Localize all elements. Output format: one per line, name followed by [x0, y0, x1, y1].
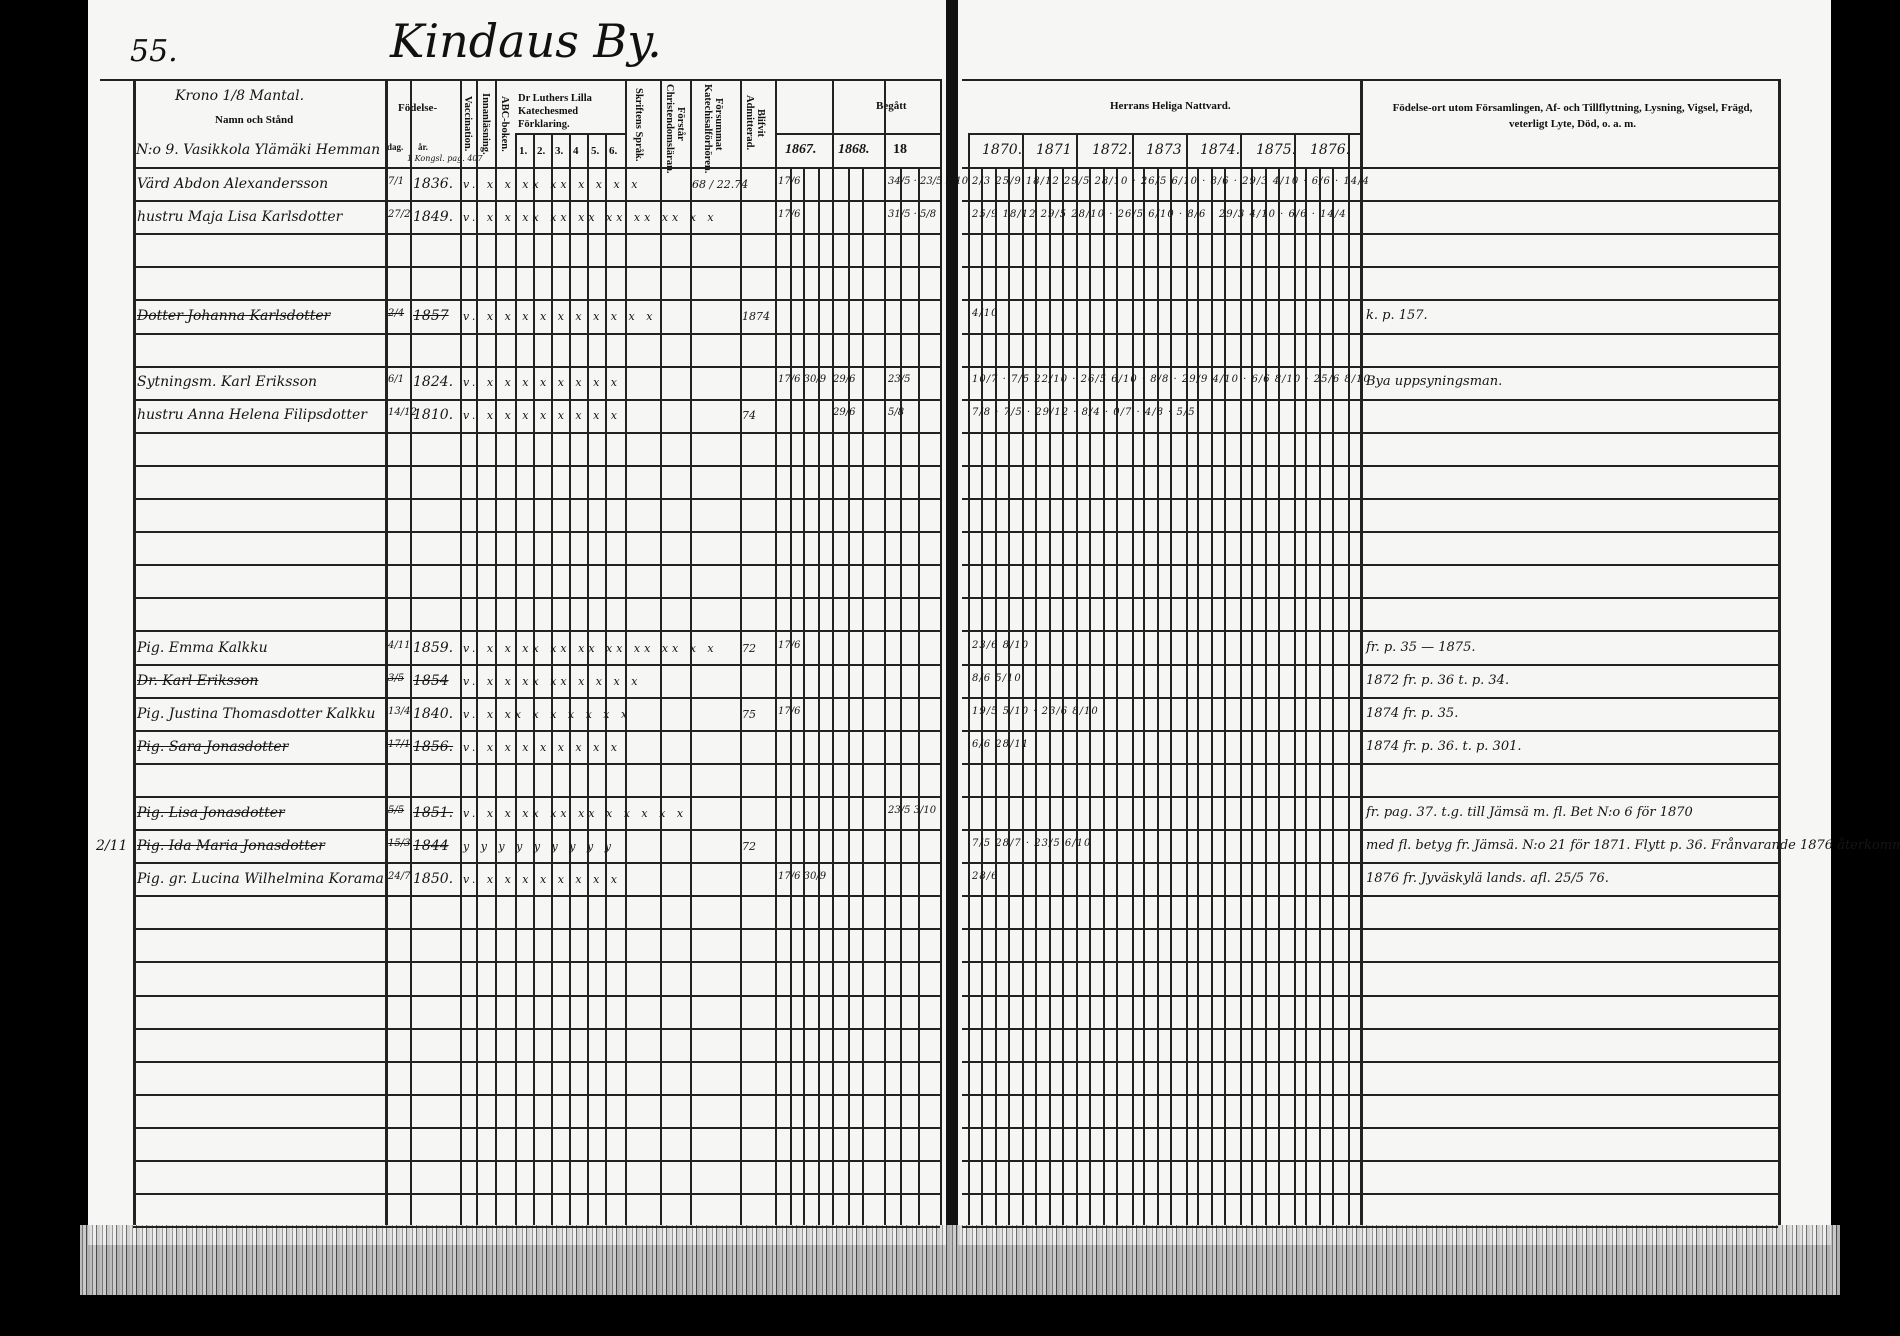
missed-or-admitted: 74 [742, 409, 756, 422]
grid-vline-left [775, 79, 777, 1225]
birth-day: 13/4 [388, 706, 410, 717]
begatt-year-1868: 1868. [838, 142, 870, 158]
grid-row-line-right [962, 531, 1778, 533]
grid-vline-right [1778, 79, 1781, 1225]
begatt-entry: 31/5 · 5/8 [888, 209, 936, 220]
grid-subline-begatt [918, 167, 920, 1225]
remark-text: 1872 fr. p. 36 t. p. 34. [1366, 673, 1509, 688]
grid-row-line-right [962, 366, 1778, 368]
grid-subline-communion [1278, 167, 1280, 1225]
grid-row-line-left [133, 399, 940, 401]
examination-marks: v. x x xx xx xx x x x x x [463, 807, 687, 820]
grid-row-line-right [962, 630, 1778, 632]
grid-subline-communion [1332, 167, 1334, 1225]
top-rule-right [962, 79, 1780, 81]
begatt-year-blank: 18 [893, 142, 907, 158]
grid-row-line-left [133, 1193, 940, 1195]
grid-subline-communion [981, 167, 983, 1225]
grid-row-line-left [133, 895, 940, 897]
birth-day: 17/1 [388, 739, 410, 750]
grid-row-line-left [133, 664, 940, 666]
birth-year: 1850. [413, 871, 453, 887]
grid-row-line-left [133, 1160, 940, 1162]
grid-subline-communion [1049, 167, 1051, 1225]
person-name: Pig. Justina Thomasdotter Kalkku [137, 706, 375, 722]
begatt-entry: 17/6 [778, 209, 800, 220]
examination-marks: v. x x xx xx x x x x [463, 178, 641, 191]
grid-row-line-left [133, 995, 940, 997]
communion-entries: 7/5 28/7 · 23/5 6/10 [972, 838, 1091, 849]
grid-vline-left [385, 79, 388, 1225]
grid-row-line-left [133, 366, 940, 368]
grid-subline-begatt [900, 167, 902, 1225]
communion-year-1876: 1876. [1310, 142, 1350, 158]
grid-subline-communion [1211, 167, 1213, 1225]
grid-row-line-right [962, 1226, 1778, 1228]
grid-row-line-left [133, 531, 940, 533]
grid-row-line-right [962, 266, 1778, 268]
grid-vline-left [940, 79, 942, 1225]
communion-entries: 7/8 · 7/5 · 29/12 · 8/4 · 0/7 · 4/8 · 5/… [972, 407, 1196, 418]
grid-row-line-right [962, 299, 1778, 301]
begatt-entry: 17/6 30/9 [778, 374, 826, 385]
grid-row-line-right [962, 465, 1778, 467]
birth-day: 7/1 [388, 176, 404, 187]
top-rule-left [100, 79, 940, 81]
birth-day: 27/2 [388, 209, 410, 220]
remark-text: 1876 fr. Jyväskylä lands. afl. 25/5 76. [1366, 871, 1609, 886]
begatt-entry: 5/8 [888, 407, 904, 418]
communion-entries: 25/9 18/12 29/5 28/10 · 26/5 6/10 · 8/6 … [972, 209, 1347, 220]
grid-row-line-left [133, 597, 940, 599]
grid-row-line-right [962, 564, 1778, 566]
grid-subline-begatt [862, 167, 864, 1225]
grid-vline-left [884, 79, 886, 1225]
birth-year: 1824. [413, 374, 453, 390]
grid-row-line-left [133, 961, 940, 963]
grid-row-line-left [133, 763, 940, 765]
examination-marks: v. x x xx xx xx xx xx xx x x [463, 211, 718, 224]
grid-row-line-right [962, 432, 1778, 434]
grid-subline-communion [995, 167, 997, 1225]
grid-row-line-right [962, 1127, 1778, 1129]
vaccination-header: Vaccination. [462, 88, 473, 160]
communion-header: Herrans Heliga Nattvard. [1110, 100, 1231, 112]
examination-marks: y y y y y y y y y [463, 840, 615, 853]
catechism-col-6: 6. [609, 145, 617, 157]
grid-row-line-right [962, 664, 1778, 666]
homestead-label: N:o 9. Vasikkola Ylämäki Hemman [136, 142, 380, 158]
missed-or-admitted: 72 [742, 840, 756, 853]
grid-row-line-left [133, 200, 940, 202]
grid-row-line-left [133, 432, 940, 434]
grid-row-line-right [962, 796, 1778, 798]
grid-row-line-left [133, 498, 940, 500]
grid-row-line-left [133, 333, 940, 335]
remark-text: fr. p. 35 — 1875. [1366, 640, 1475, 655]
birth-year: 1810. [413, 407, 453, 423]
birth-day-header: dag. [387, 142, 403, 152]
grid-subline-communion [1116, 167, 1118, 1225]
birth-year: 1851. [413, 805, 453, 821]
grid-row-line-left [133, 928, 940, 930]
grid-subline-begatt [803, 167, 805, 1225]
grid-row-line-right [962, 233, 1778, 235]
grid-subline-communion [1251, 167, 1253, 1225]
margin-note: 2/11 [96, 838, 127, 854]
communion-entries: 8/6 5/10 [972, 673, 1022, 684]
birth-year: 1849. [413, 209, 453, 225]
remark-text: fr. pag. 37. t.g. till Jämsä m. fl. Bet … [1366, 805, 1693, 820]
missed-or-admitted: 72 [742, 642, 756, 655]
communion-entries: 4/10 [972, 308, 998, 319]
grid-row-line-left [133, 730, 940, 732]
communion-year-1870: 1870. [982, 142, 1022, 158]
catechism-col-4: 4 [573, 145, 579, 157]
person-name: Pig. Sara Jonasdotter [137, 739, 288, 755]
communion-entries: 10/7 · 7/5 22/10 · 26/5 6/10 · 8/8 · 29/… [972, 374, 1371, 385]
catechism-col-5: 5. [591, 145, 599, 157]
begatt-entry: 34/5 · 23/5 3/10 [888, 176, 968, 187]
examination-marks: v. x x x x x x x x [463, 409, 621, 422]
grid-row-line-right [962, 862, 1778, 864]
grid-begatt-divider [775, 133, 940, 135]
grid-communion-divider [968, 133, 1360, 135]
grid-subline-communion [1103, 167, 1105, 1225]
catechism-header: Dr Luthers Lilla Katechesmed Förklaring. [518, 92, 623, 131]
examination-marks: v. x x x x x x x x [463, 741, 621, 754]
grid-row-line-right [962, 1094, 1778, 1096]
grid-row-line-left [133, 829, 940, 831]
grid-subline-communion [1143, 167, 1145, 1225]
catechism-col-3: 3. [555, 145, 563, 157]
grid-row-line-right [962, 763, 1778, 765]
grid-row-line-right [962, 895, 1778, 897]
grid-row-line-left [133, 1127, 940, 1129]
person-name: Pig. Lisa Jonasdotter [137, 805, 285, 821]
birth-day: 5/5 [388, 805, 404, 816]
grid-row-line-right [962, 399, 1778, 401]
birth-year-header: år. [418, 142, 428, 152]
person-name: Dr. Karl Eriksson [137, 673, 258, 689]
grid-subline-communion [1062, 167, 1064, 1225]
grid-subline-communion [1319, 167, 1321, 1225]
birth-day: 4/11 [388, 640, 410, 651]
person-name: hustru Maja Lisa Karlsdotter [137, 209, 342, 225]
grid-subline-begatt [818, 167, 820, 1225]
grid-row-line-left [133, 1226, 940, 1228]
reading-header: Innanläsning. [480, 88, 491, 160]
communion-year-1874: 1874. [1200, 142, 1240, 158]
grid-row-line-right [962, 1193, 1778, 1195]
person-name: Pig. Ida Maria Jonasdotter [137, 838, 325, 854]
begatt-entry: 17/6 [778, 706, 800, 717]
grid-row-line-right [962, 730, 1778, 732]
birth-year: 1859. [413, 640, 453, 656]
grid-vline-left [133, 79, 136, 1225]
remark-text: Bya uppsyningsman. [1366, 374, 1502, 389]
communion-entries: 6/6 28/11 [972, 739, 1029, 750]
communion-year-1873: 1873 [1146, 142, 1182, 158]
grid-catechism-divider [515, 133, 625, 135]
person-name: hustru Anna Helena Filipsdotter [137, 407, 367, 423]
grid-row-line-left [133, 697, 940, 699]
catechism-col-1: 1. [519, 145, 527, 157]
begatt-entry: 23/5 [888, 374, 910, 385]
grid-subline-communion [1305, 167, 1307, 1225]
communion-entries: 23/6 8/10 [972, 640, 1029, 651]
grid-row-line-left [133, 1028, 940, 1030]
mantal-label: Krono 1/8 Mantal. [175, 88, 304, 104]
birth-day: 6/1 [388, 374, 404, 385]
begatt-entry: 17/6 [778, 640, 800, 651]
grid-subline-communion [1035, 167, 1037, 1225]
village-title: Kindaus By. [390, 14, 662, 68]
grid-subline-communion [1157, 167, 1159, 1225]
grid-row-line-right [962, 697, 1778, 699]
grid-row-line-right [962, 200, 1778, 202]
christian-header: Förstår Christendomsläran. [662, 84, 686, 164]
grid-vline-right [1360, 79, 1363, 1225]
admitted-header: Blifvit Admitterad. [742, 88, 766, 158]
examination-marks: v. x x x x x x x x x x [463, 310, 656, 323]
grid-row-line-left [133, 266, 940, 268]
grid-subline-communion [1224, 167, 1226, 1225]
birth-year: 1844 [413, 838, 449, 854]
grid-row-line-right [962, 1160, 1778, 1162]
grid-header-bottom-right [962, 167, 1778, 169]
grid-vline-left [832, 79, 834, 1225]
person-name: Värd Abdon Alexandersson [137, 176, 328, 192]
examination-marks: v. x x x x x x x x [463, 873, 621, 886]
abc-header: ABC-boken. [499, 88, 510, 160]
birth-day: 24/7 [388, 871, 410, 882]
grid-row-line-right [962, 1061, 1778, 1063]
grid-row-line-left [133, 630, 940, 632]
missed-or-admitted: 1874 [742, 310, 770, 323]
begatt-entry: 29/6 [833, 407, 855, 418]
page-number: 55. [130, 34, 178, 69]
grid-row-line-right [962, 928, 1778, 930]
grid-row-line-right [962, 961, 1778, 963]
begatt-entry: 17/6 [778, 176, 800, 187]
examination-marks: v. x x xx xx xx xx xx xx x x [463, 642, 718, 655]
communion-year-1875: 1875. [1256, 142, 1296, 158]
grid-row-line-left [133, 564, 940, 566]
birth-year: 1836. [413, 176, 453, 192]
birth-day: 15/3 [388, 838, 410, 849]
grid-row-line-left [133, 1094, 940, 1096]
grid-row-line-right [962, 829, 1778, 831]
communion-year-1872: 1872. [1092, 142, 1132, 158]
begatt-header: Begått [876, 100, 907, 112]
communion-entries: 28/6 [972, 871, 998, 882]
person-name: Sytningsm. Karl Eriksson [137, 374, 317, 390]
grid-row-line-left [133, 862, 940, 864]
birth-header: Födelse- [398, 102, 437, 114]
remark-text: k. p. 157. [1366, 308, 1428, 323]
grid-vline-left [410, 79, 412, 1225]
missed-header: Försummat Katechisalförhören. [700, 84, 724, 164]
missed-or-admitted: 68 / 22.74 [692, 178, 748, 191]
examination-marks: v. x x xx xx x x x x [463, 675, 641, 688]
grid-subline-communion [1265, 167, 1267, 1225]
grid-subline-communion [1008, 167, 1010, 1225]
grid-row-line-right [962, 333, 1778, 335]
scripture-header: Skriftens Språk. [633, 86, 644, 164]
grid-subline-begatt [790, 167, 792, 1225]
grid-row-line-right [962, 597, 1778, 599]
scan-noise-bottom [80, 1225, 1840, 1295]
grid-row-line-right [962, 498, 1778, 500]
grid-row-line-left [133, 299, 940, 301]
grid-subline-communion [1170, 167, 1172, 1225]
examination-marks: v. x x x x x x x x [463, 376, 621, 389]
grid-row-line-left [133, 465, 940, 467]
grid-row-line-right [962, 1028, 1778, 1030]
name-column-header: Namn och Stånd [215, 114, 293, 126]
grid-subline-begatt [848, 167, 850, 1225]
grid-row-line-left [133, 233, 940, 235]
missed-or-admitted: 75 [742, 708, 756, 721]
birth-day: 3/5 [388, 673, 404, 684]
person-name: Pig. Emma Kalkku [137, 640, 268, 656]
begatt-year-1867: 1867. [785, 142, 817, 158]
birth-year: 1854 [413, 673, 449, 689]
birth-year: 1856. [413, 739, 453, 755]
birth-year: 1840. [413, 706, 453, 722]
grid-row-line-right [962, 995, 1778, 997]
remarks-header: Födelse-ort utom Församlingen, Af- och T… [1380, 100, 1765, 132]
grid-subline-communion [1197, 167, 1199, 1225]
begatt-entry: 17/6 30/9 [778, 871, 826, 882]
birth-day: 2/4 [388, 308, 404, 319]
grid-header-bottom-left [133, 167, 940, 169]
person-name: Pig. gr. Lucina Wilhelmina Korama [137, 871, 384, 887]
communion-entries: 2/3 25/9 18/12 29/5 28/10 · 26/5 6/10 · … [972, 176, 1370, 187]
remark-text: 1874 fr. p. 36. t. p. 301. [1366, 739, 1522, 754]
person-name: Dotter Johanna Karlsdotter [137, 308, 330, 324]
grid-row-line-left [133, 796, 940, 798]
grid-vline-left [460, 79, 462, 1225]
remark-text: med fl. betyg fr. Jämsä. N:o 21 för 1871… [1366, 838, 1900, 853]
remark-text: 1874 fr. p. 35. [1366, 706, 1458, 721]
begatt-entry: 23/5 3/10 [888, 805, 936, 816]
grid-row-line-left [133, 1061, 940, 1063]
examination-marks: v. x xx x x x x x x [463, 708, 631, 721]
communion-entries: 19/5 5/10 · 23/6 8/10 [972, 706, 1099, 717]
catechism-col-2: 2. [537, 145, 545, 157]
birth-year: 1857 [413, 308, 449, 324]
communion-year-1871: 1871 [1036, 142, 1072, 158]
grid-subline-communion [1089, 167, 1091, 1225]
begatt-entry: 29/6 [833, 374, 855, 385]
